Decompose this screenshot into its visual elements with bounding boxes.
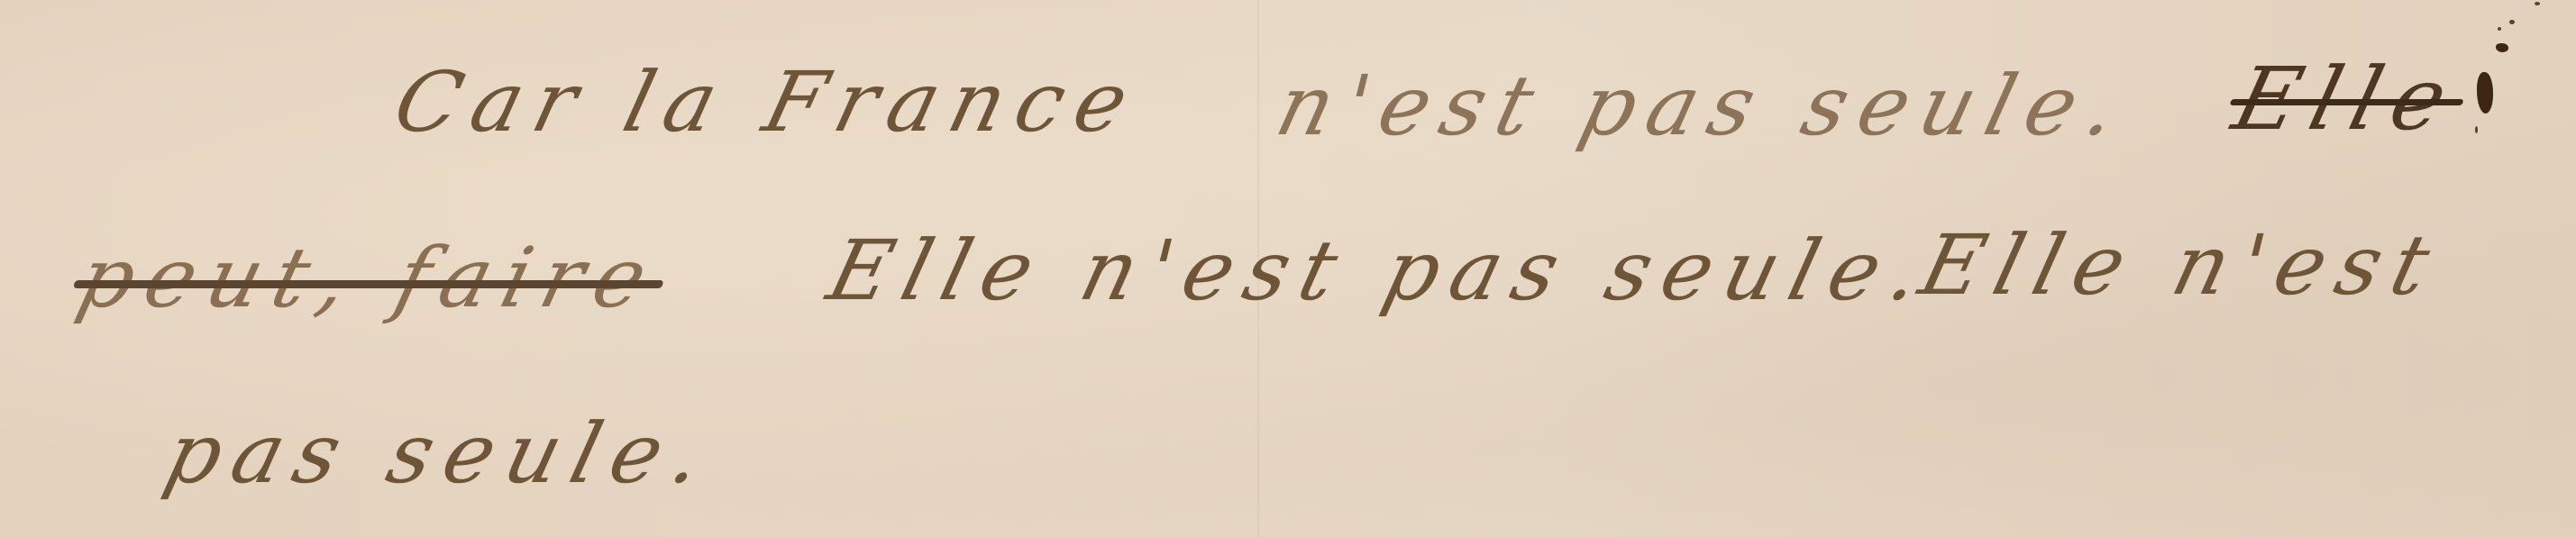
text-elle-nest: Elle n'est: [1911, 217, 2452, 314]
text-pas-seule: pas seule.: [156, 405, 725, 502]
ink-speck: [2475, 126, 2478, 133]
ink-speck: [2535, 2, 2540, 5]
manuscript-line-2: peut, faire Elle n'est pas seule. Elle n…: [0, 230, 588, 326]
ink-speck: [2498, 27, 2501, 31]
manuscript-line-1: Car la France n'est pas seule. Elle: [0, 54, 233, 155]
struck-text-peut-faire: peut, faire: [69, 230, 669, 326]
ink-speck: [2509, 20, 2515, 24]
text-car-la-france: Car la France: [385, 54, 1150, 150]
text-nest-pas-seule: n'est pas seule.: [1267, 58, 2139, 154]
struck-text-elle: Elle: [2224, 49, 2470, 150]
manuscript-page: Car la France n'est pas seule. Elle peut…: [0, 0, 2576, 537]
ink-blot-mark: [2496, 43, 2508, 52]
ink-blot-mark: [2477, 72, 2493, 114]
text-elle-nest-pas-seule: Elle n'est pas seule.: [819, 223, 1943, 319]
